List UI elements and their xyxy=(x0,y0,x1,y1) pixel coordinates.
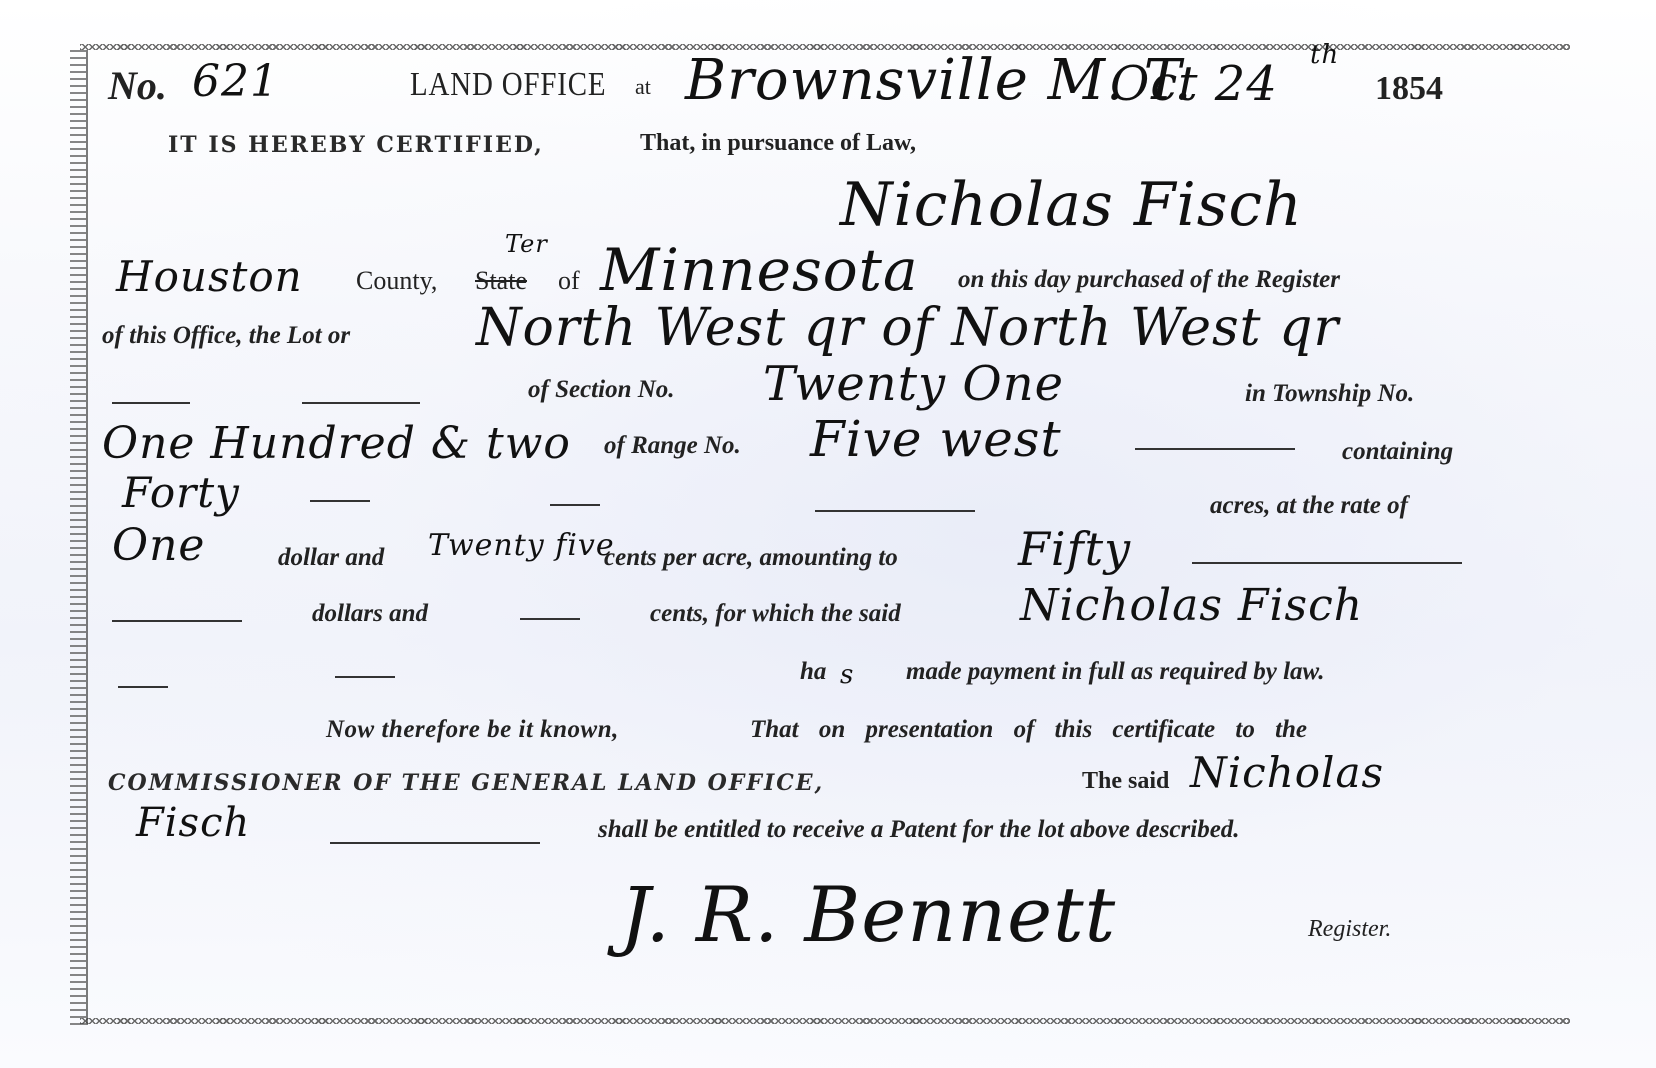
state-correction: Ter xyxy=(505,230,548,258)
office-at-label: at xyxy=(635,74,651,100)
decorative-border-left xyxy=(70,50,88,1025)
blank-line xyxy=(335,676,395,678)
township-value: One Hundred & two xyxy=(102,418,571,469)
lot-value: North West qr of North West qr xyxy=(476,298,1339,358)
date-year: 1854 xyxy=(1375,70,1443,108)
blank-line xyxy=(520,618,580,620)
county-label: County, xyxy=(356,266,437,296)
cents-per-acre-label: cents per acre, amounting to xyxy=(604,544,898,572)
cents-for-label: cents, for which the said xyxy=(650,600,901,628)
blank-line xyxy=(112,620,242,622)
certificate-number-value: 621 xyxy=(192,56,279,107)
has-prefix: ha xyxy=(800,658,826,686)
certificate-number-label: No. xyxy=(108,62,167,109)
acres-label: acres, at the rate of xyxy=(1210,492,1408,520)
county-value: Houston xyxy=(116,252,303,301)
date-suffix: th xyxy=(1310,40,1339,70)
blank-line xyxy=(1135,448,1295,450)
rate-dollars-value: One xyxy=(112,520,205,571)
decorative-border-bottom xyxy=(80,1018,1570,1024)
date-month-day: Oct 24 xyxy=(1110,56,1278,112)
payer-name: Nicholas Fisch xyxy=(1020,580,1363,631)
blank-line xyxy=(815,510,975,512)
purchaser-name: Nicholas Fisch xyxy=(840,170,1303,240)
amount-value: Fifty xyxy=(1018,522,1131,576)
blank-line xyxy=(310,500,370,502)
blank-line xyxy=(118,686,168,688)
now-therefore: Now therefore be it known, xyxy=(326,716,619,744)
blank-line xyxy=(1192,562,1462,564)
blank-line xyxy=(330,842,540,844)
grantee-last-name: Fisch xyxy=(136,800,250,846)
commissioner-heading: COMMISSIONER OF THE GENERAL LAND OFFICE, xyxy=(108,770,824,796)
payment-phrase: made payment in full as required by law. xyxy=(906,658,1325,686)
dollar-and-label: dollar and xyxy=(278,544,384,572)
blank-line xyxy=(550,504,600,506)
certified-heading: IT IS HEREBY CERTIFIED, xyxy=(168,132,544,158)
the-said-label: The said xyxy=(1082,768,1169,795)
has-suffix: s xyxy=(840,660,854,690)
state-label-struck: State xyxy=(475,266,527,296)
acres-value: Forty xyxy=(122,468,240,517)
rate-cents-value: Twenty five xyxy=(428,528,615,563)
containing-label: containing xyxy=(1342,438,1453,466)
range-value: Five west xyxy=(810,410,1062,468)
of-label: of xyxy=(558,266,580,296)
presentation-phrase: That on presentation of this certificate… xyxy=(750,716,1307,744)
land-office-label: LAND OFFICE xyxy=(410,66,606,104)
land-office-certificate: No. 621 LAND OFFICE at Brownsville M. T.… xyxy=(80,40,1570,1025)
blank-line xyxy=(302,402,420,404)
purchase-phrase: on this day purchased of the Register xyxy=(958,266,1340,294)
blank-line xyxy=(112,402,190,404)
grantee-first-name: Nicholas xyxy=(1190,748,1384,797)
section-value: Twenty One xyxy=(763,356,1064,412)
territory-value: Minnesota xyxy=(600,236,919,304)
dollars-and-label: dollars and xyxy=(312,600,428,628)
township-label: in Township No. xyxy=(1245,380,1414,408)
office-lot-phrase: of this Office, the Lot or xyxy=(102,322,350,350)
register-signature: J. R. Bennett xyxy=(620,870,1116,959)
entitled-phrase: shall be entitled to receive a Patent fo… xyxy=(598,816,1240,844)
range-label: of Range No. xyxy=(604,432,741,460)
register-title: Register. xyxy=(1308,916,1391,943)
certified-rest: That, in pursuance of Law, xyxy=(640,130,916,157)
section-label: of Section No. xyxy=(528,376,675,404)
